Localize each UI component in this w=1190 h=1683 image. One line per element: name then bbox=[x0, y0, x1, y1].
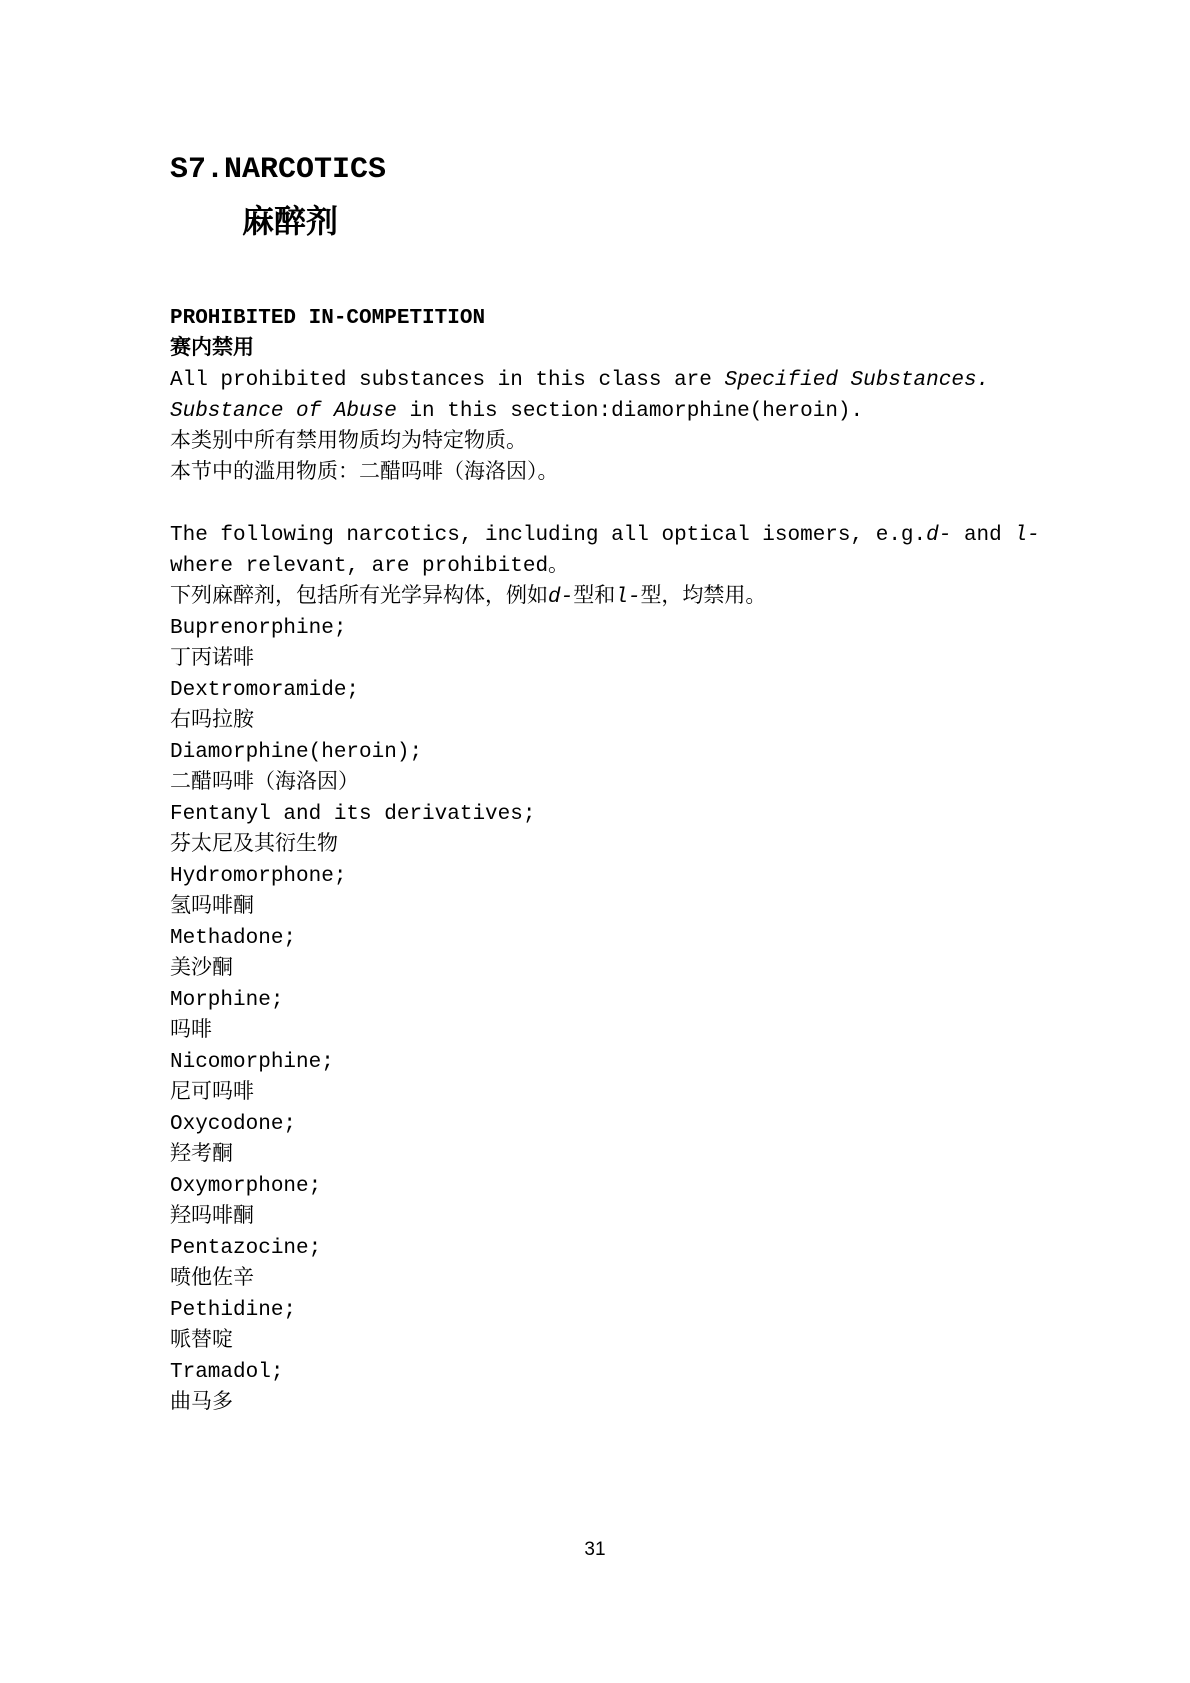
text-segment: d- bbox=[548, 586, 573, 609]
doc-line: PROHIBITED IN-COMPETITION bbox=[170, 303, 1090, 334]
text-segment: 右吗拉胺 bbox=[170, 710, 254, 733]
text-segment: Substance of Abuse bbox=[170, 400, 397, 423]
doc-line: 二醋吗啡（海洛因） bbox=[170, 768, 1090, 799]
text-segment: and bbox=[951, 524, 1014, 547]
text-segment: Nicomorphine; bbox=[170, 1051, 334, 1074]
doc-line: Nicomorphine; bbox=[170, 1047, 1090, 1078]
doc-line: 本类别中所有禁用物质均为特定物质。 bbox=[170, 427, 1090, 458]
doc-line: 右吗拉胺 bbox=[170, 706, 1090, 737]
doc-line: Pentazocine; bbox=[170, 1233, 1090, 1264]
text-segment: 下列麻醉剂，包括所有光学异构体，例如 bbox=[170, 586, 548, 609]
doc-line: Dextromoramide; bbox=[170, 675, 1090, 706]
text-segment: Specified Substances. bbox=[725, 369, 990, 392]
doc-line: Pethidine; bbox=[170, 1295, 1090, 1326]
text-segment: in this section:diamorphine(heroin). bbox=[397, 400, 863, 423]
doc-line: 氢吗啡酮 bbox=[170, 892, 1090, 923]
text-segment: 羟吗啡酮 bbox=[170, 1206, 254, 1229]
doc-line: Oxycodone; bbox=[170, 1109, 1090, 1140]
doc-line: Diamorphine(heroin); bbox=[170, 737, 1090, 768]
blank-line bbox=[170, 489, 1090, 520]
text-segment: 赛内禁用 bbox=[170, 338, 254, 361]
text-segment: 本节中的滥用物质：二醋吗啡（海洛因）。 bbox=[170, 462, 559, 485]
text-segment: 型，均禁用。 bbox=[640, 586, 766, 609]
text-segment: Pentazocine; bbox=[170, 1237, 321, 1260]
text-segment: 尼可吗啡 bbox=[170, 1082, 254, 1105]
text-segment: 氢吗啡酮 bbox=[170, 896, 254, 919]
text-segment: Dextromoramide; bbox=[170, 679, 359, 702]
doc-line: Substance of Abuse in this section:diamo… bbox=[170, 396, 1090, 427]
doc-line: 哌替啶 bbox=[170, 1326, 1090, 1357]
doc-line: 赛内禁用 bbox=[170, 334, 1090, 365]
doc-line: All prohibited substances in this class … bbox=[170, 365, 1090, 396]
section-title: S7.NARCOTICS bbox=[170, 153, 386, 187]
doc-line: 喷他佐辛 bbox=[170, 1264, 1090, 1295]
document-body: PROHIBITED IN-COMPETITION赛内禁用All prohibi… bbox=[170, 303, 1090, 1419]
text-segment: 羟考酮 bbox=[170, 1144, 233, 1167]
doc-line: The following narcotics, including all o… bbox=[170, 520, 1090, 551]
text-segment: Methadone; bbox=[170, 927, 296, 950]
section-subtitle-zh: 麻醉剂 bbox=[242, 205, 338, 243]
text-segment: All prohibited substances in this class … bbox=[170, 369, 725, 392]
doc-line: 芬太尼及其衍生物 bbox=[170, 830, 1090, 861]
doc-line: 丁丙诺啡 bbox=[170, 644, 1090, 675]
text-segment: Oxycodone; bbox=[170, 1113, 296, 1136]
text-segment: PROHIBITED IN-COMPETITION bbox=[170, 307, 485, 330]
text-segment: 曲马多 bbox=[170, 1392, 233, 1415]
text-segment: Pethidine; bbox=[170, 1299, 296, 1322]
doc-line: Oxymorphone; bbox=[170, 1171, 1090, 1202]
text-segment: 本类别中所有禁用物质均为特定物质。 bbox=[170, 431, 527, 454]
text-segment: 丁丙诺啡 bbox=[170, 648, 254, 671]
text-segment: 哌替啶 bbox=[170, 1330, 233, 1353]
doc-line: 羟吗啡酮 bbox=[170, 1202, 1090, 1233]
doc-line: 羟考酮 bbox=[170, 1140, 1090, 1171]
text-segment: Oxymorphone; bbox=[170, 1175, 321, 1198]
text-segment: Buprenorphine; bbox=[170, 617, 346, 640]
text-segment: Fentanyl and its derivatives; bbox=[170, 803, 535, 826]
doc-line: Tramadol; bbox=[170, 1357, 1090, 1388]
text-segment: l- bbox=[1014, 524, 1039, 547]
text-segment: 喷他佐辛 bbox=[170, 1268, 254, 1291]
text-segment: l- bbox=[615, 586, 640, 609]
doc-line: Methadone; bbox=[170, 923, 1090, 954]
doc-line: Fentanyl and its derivatives; bbox=[170, 799, 1090, 830]
text-segment: Diamorphine(heroin); bbox=[170, 741, 422, 764]
text-segment: Tramadol; bbox=[170, 1361, 283, 1384]
doc-line: 曲马多 bbox=[170, 1388, 1090, 1419]
doc-line: 吗啡 bbox=[170, 1016, 1090, 1047]
text-segment: 型和 bbox=[573, 586, 615, 609]
doc-line: 本节中的滥用物质：二醋吗啡（海洛因）。 bbox=[170, 458, 1090, 489]
doc-line: 尼可吗啡 bbox=[170, 1078, 1090, 1109]
text-segment: The following narcotics, including all o… bbox=[170, 524, 926, 547]
text-segment: 芬太尼及其衍生物 bbox=[170, 834, 338, 857]
doc-line: Hydromorphone; bbox=[170, 861, 1090, 892]
text-segment: Morphine; bbox=[170, 989, 283, 1012]
doc-line: where relevant, are prohibited。 bbox=[170, 551, 1090, 582]
text-segment: 吗啡 bbox=[170, 1020, 212, 1043]
text-segment: 二醋吗啡（海洛因） bbox=[170, 772, 359, 795]
doc-line: 下列麻醉剂，包括所有光学异构体，例如d-型和l-型，均禁用。 bbox=[170, 582, 1090, 613]
doc-line: 美沙酮 bbox=[170, 954, 1090, 985]
text-segment: where relevant, are prohibited。 bbox=[170, 555, 569, 578]
text-segment: 美沙酮 bbox=[170, 958, 233, 981]
page-number: 31 bbox=[0, 1539, 1190, 1561]
doc-line: Morphine; bbox=[170, 985, 1090, 1016]
text-segment: d- bbox=[926, 524, 951, 547]
text-segment: Hydromorphone; bbox=[170, 865, 346, 888]
doc-line: Buprenorphine; bbox=[170, 613, 1090, 644]
document-page: S7.NARCOTICS 麻醉剂 PROHIBITED IN-COMPETITI… bbox=[0, 0, 1190, 1683]
